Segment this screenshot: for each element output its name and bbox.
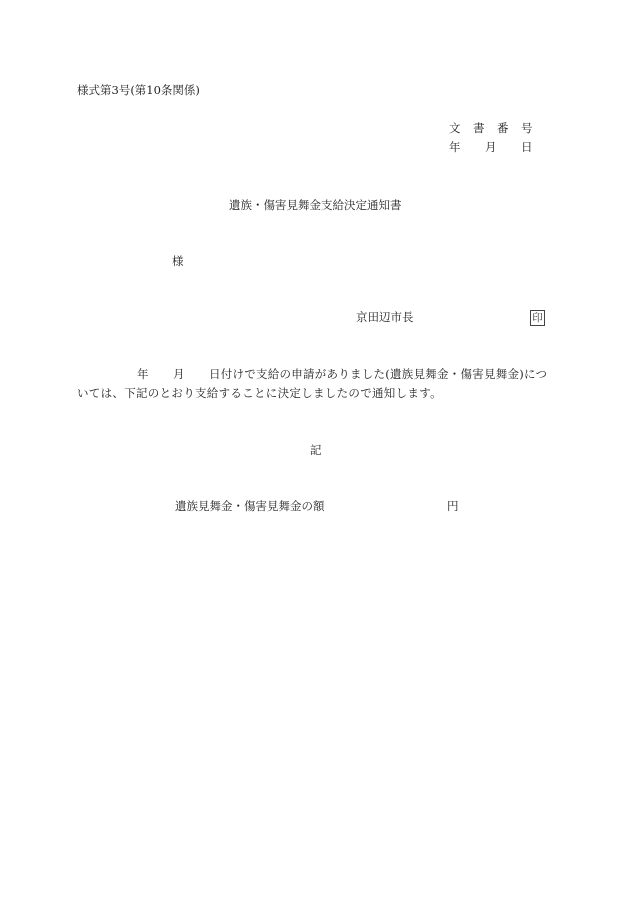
- ref-char-1: 文: [449, 123, 461, 135]
- body-line-2: いては、下記のとおり支給することに決定しましたので通知します。: [77, 388, 442, 400]
- note-heading: 記: [310, 445, 322, 457]
- ref-char-3: 番: [497, 123, 509, 135]
- form-number: 様式第3号(第10条関係): [77, 85, 200, 97]
- date-month-label: 月: [485, 142, 497, 154]
- body-month-label: 月: [173, 369, 185, 381]
- date-day-label: 日: [521, 142, 533, 154]
- date-year-label: 年: [449, 142, 461, 154]
- amount-label: 遺族見舞金・傷害見舞金の額: [175, 501, 325, 513]
- issuer-name: 京田辺市長: [356, 312, 414, 324]
- seal-icon: 印: [530, 310, 545, 326]
- document-title: 遺族・傷害見舞金支給決定通知書: [229, 200, 402, 212]
- ref-char-4: 号: [521, 123, 533, 135]
- body-year-label: 年: [137, 369, 149, 381]
- body-line-1: 日付けで支給の申請がありました(遺族見舞金・傷害見舞金)につ: [209, 369, 547, 381]
- amount-unit: 円: [447, 501, 459, 513]
- ref-char-2: 書: [473, 123, 485, 135]
- recipient-honorific: 様: [172, 256, 184, 268]
